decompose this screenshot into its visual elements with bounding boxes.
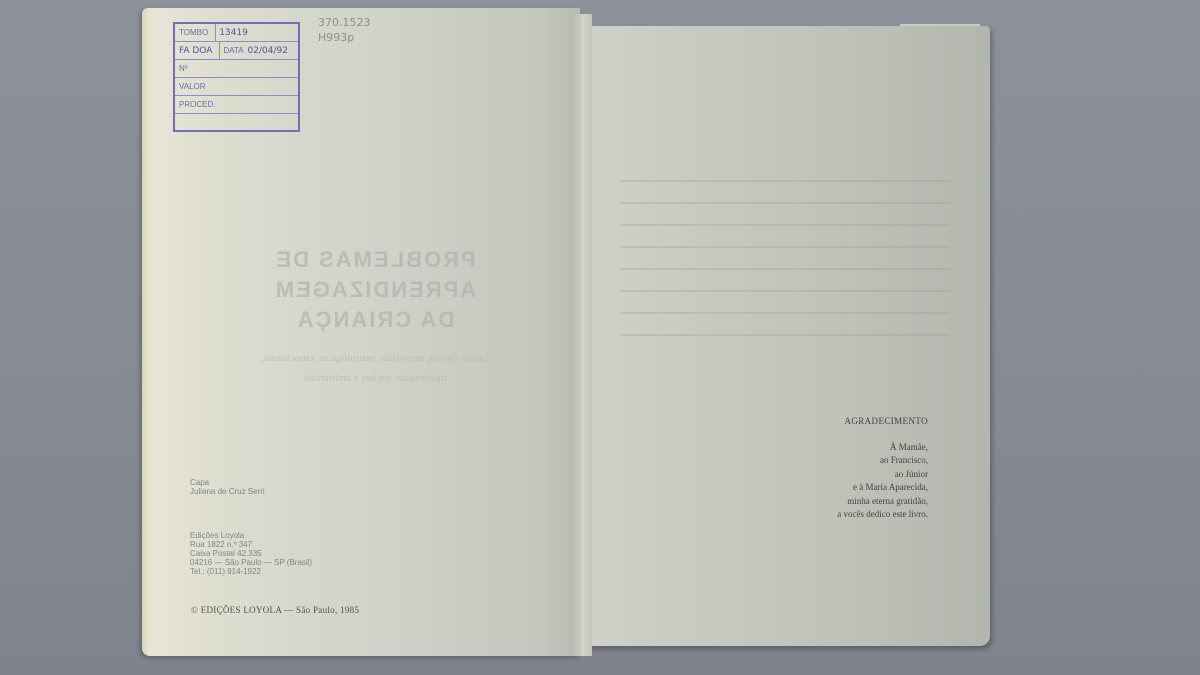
dedication-title: AGRADECIMENTO [837, 415, 928, 429]
address-line: Rua 1822 n.º 347 [190, 540, 312, 549]
dedication-line: a vocês dedico este livro. [837, 508, 928, 522]
stamp-row-proced: PROCED. [175, 96, 298, 114]
stamp-row-tombo: TOMBO 13419 [175, 24, 298, 42]
stamp-value: 13419 [219, 28, 248, 38]
pencil-call-number: 370.1523 H993p [318, 15, 371, 45]
book-gutter [570, 14, 592, 656]
copyright-line: © EDIÇÕES LOYOLA — São Paulo, 1985 [191, 605, 359, 615]
showthrough-subtitle: causas físicas, sensoriais, neurológicas… [210, 348, 540, 388]
dedication-line: ao Júnior [837, 468, 928, 482]
title-line: PROBLEMAS DE APRENDIZAGEM [200, 245, 550, 305]
cover-credits: Capa Juliana de Cruz Serri [190, 478, 265, 496]
library-stamp: TOMBO 13419 FA DOA DATA 02/04/92 Nº VALO… [173, 22, 300, 132]
showthrough-text [620, 180, 950, 356]
stamp-label: FA DOA [179, 46, 216, 56]
address-line: Tel.: (011) 914-1922 [190, 567, 312, 576]
stamp-row-valor: VALOR [175, 78, 298, 96]
subtitle-line: causas físicas, sensoriais, neurológicas… [210, 348, 540, 368]
stamp-label: DATA [223, 46, 247, 55]
stamp-value: 02/04/92 [248, 46, 288, 56]
stamp-row-numero: Nº [175, 60, 298, 78]
showthrough-title: PROBLEMAS DE APRENDIZAGEM DA CRIANÇA [200, 245, 550, 335]
dedication-line: minha eterna gratidão, [837, 495, 928, 509]
publisher-address: Edições Loyola Rua 1822 n.º 347 Caixa Po… [190, 531, 312, 576]
call-number-line: 370.1523 [318, 15, 371, 30]
dedication-line: ao Francisco, [837, 454, 928, 468]
book-photo: TOMBO 13419 FA DOA DATA 02/04/92 Nº VALO… [0, 0, 1200, 675]
address-line: 04216 — São Paulo — SP (Brasil) [190, 558, 312, 567]
dedication-line: e à Maria Aparecida, [837, 481, 928, 495]
credits-name: Juliana de Cruz Serri [190, 487, 265, 496]
stamp-row-data: FA DOA DATA 02/04/92 [175, 42, 298, 60]
credits-label: Capa [190, 478, 265, 487]
stamp-label: VALOR [179, 82, 210, 91]
address-line: Edições Loyola [190, 531, 312, 540]
address-line: Caixa Postal 42.335 [190, 549, 312, 558]
call-number-line: H993p [318, 30, 371, 45]
stamp-label: PROCED. [179, 100, 219, 109]
stamp-row-blank [175, 114, 298, 132]
stamp-label: TOMBO [179, 28, 212, 37]
subtitle-line: intelectuais, sociais e ambientais [210, 368, 540, 388]
dedication-line: À Mamãe, [837, 441, 928, 455]
stamp-label: Nº [179, 64, 192, 73]
title-line: DA CRIANÇA [200, 305, 550, 335]
dedication: AGRADECIMENTO À Mamãe, ao Francisco, ao … [837, 415, 928, 522]
